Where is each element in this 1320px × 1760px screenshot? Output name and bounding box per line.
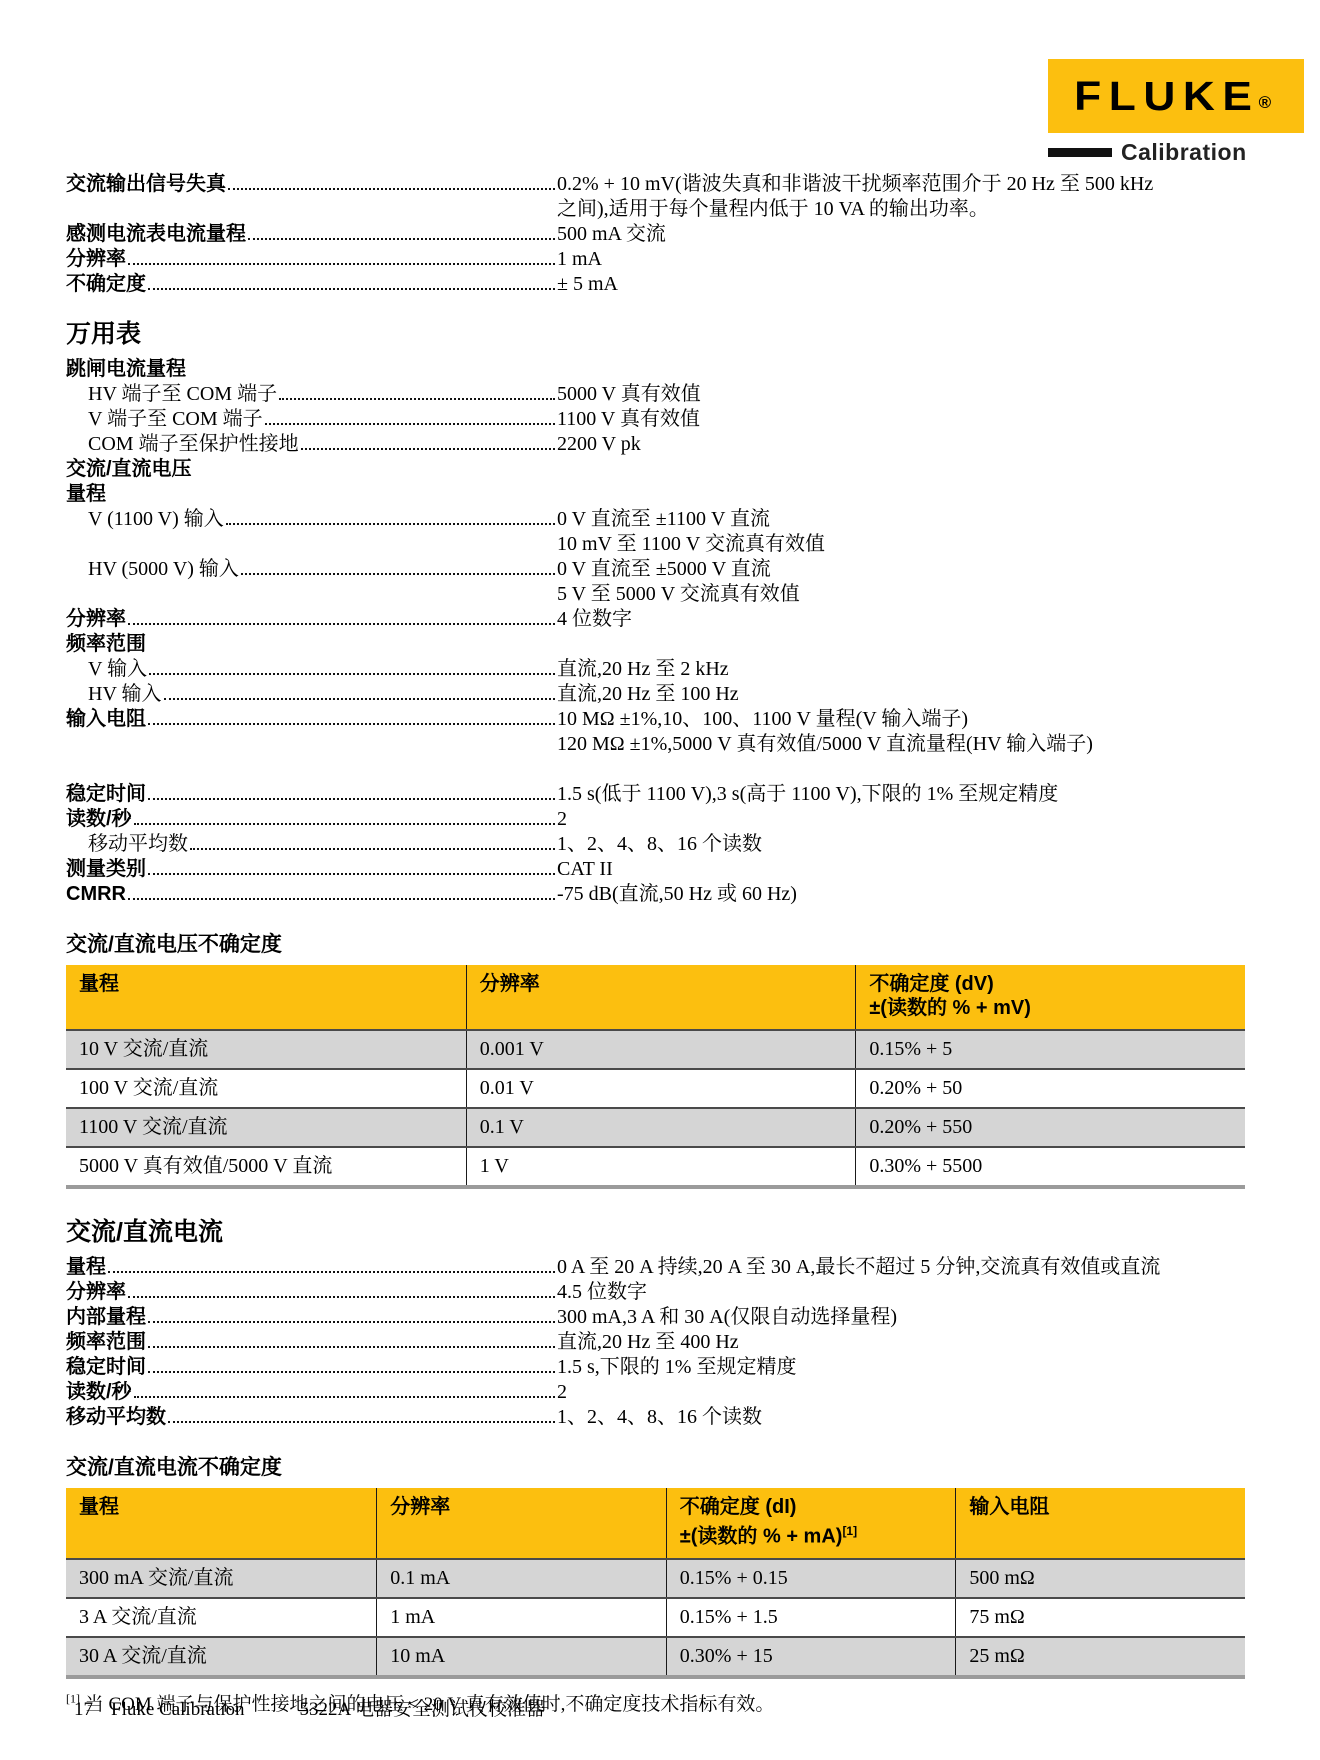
spec-label-lead: 分辨率: [66, 247, 557, 272]
spec-label: 交流输出信号失真: [66, 172, 226, 197]
table-body: 300 mA 交流/直流0.1 mA0.15% + 0.15500 mΩ3 A …: [66, 1559, 1245, 1677]
spec-row: 量程: [66, 482, 1256, 507]
spec-label: 移动平均数: [66, 832, 188, 857]
spec-values: 5000 V 真有效值: [557, 382, 1256, 407]
spec-label-lead: V (1100 V) 输入: [66, 507, 557, 557]
table-head: 量程分辨率不确定度 (dI)±(读数的 % + mA)[1]输入电阻: [66, 1488, 1245, 1559]
voltage-uncertainty-table: 量程分辨率不确定度 (dV)±(读数的 % + mV)10 V 交流/直流0.0…: [66, 965, 1245, 1189]
table-row: 10 V 交流/直流0.001 V0.15% + 5: [66, 1030, 1245, 1069]
spec-label-lead: 分辨率: [66, 1280, 557, 1305]
spec-label: 读数/秒: [66, 1380, 132, 1405]
table-caption-current: 交流/直流电流不确定度: [66, 1456, 1256, 1480]
spec-label: V 端子至 COM 端子: [66, 407, 263, 432]
table-cell: 25 mΩ: [956, 1637, 1245, 1677]
spec-label-lead: 交流输出信号失真: [66, 172, 557, 222]
spec-row: 稳定时间1.5 s(低于 1100 V),3 s(高于 1100 V),下限的 …: [66, 782, 1256, 807]
spec-section-multimeter: 跳闸电流量程HV 端子至 COM 端子5000 V 真有效值V 端子至 COM …: [66, 357, 1256, 907]
spec-value: 2: [557, 1380, 1256, 1405]
spec-values: 直流,20 Hz 至 400 Hz: [557, 1330, 1256, 1355]
spec-value: 120 MΩ ±1%,5000 V 真有效值/5000 V 直流量程(HV 输入…: [557, 732, 1256, 757]
spec-label: V (1100 V) 输入: [66, 507, 224, 532]
spec-values: 1 mA: [557, 247, 1256, 272]
spec-row: 量程0 A 至 20 A 持续,20 A 至 30 A,最长不超过 5 分钟,交…: [66, 1255, 1256, 1280]
spec-value: 10 mV 至 1100 V 交流真有效值: [557, 532, 1256, 557]
dot-leader: [190, 848, 555, 850]
header-line: 分辨率: [480, 972, 843, 996]
spec-row: HV (5000 V) 输入0 V 直流至 ±5000 V 直流5 V 至 50…: [66, 557, 1256, 607]
spec-value: 5000 V 真有效值: [557, 382, 1256, 407]
spec-label: 分辨率: [66, 247, 126, 272]
header-line: 不确定度 (dI): [680, 1495, 943, 1519]
table-header-cell: 不确定度 (dI)±(读数的 % + mA)[1]: [666, 1488, 956, 1559]
spec-value: 5 V 至 5000 V 交流真有效值: [557, 582, 1256, 607]
spec-row: 交流输出信号失真0.2% + 10 mV(谐波失真和非谐波干扰频率范围介于 20…: [66, 172, 1256, 222]
dot-leader: [148, 288, 555, 290]
section-heading-current: 交流/直流电流: [66, 1219, 1256, 1245]
spec-label: HV 端子至 COM 端子: [66, 382, 277, 407]
spec-row: CMRR-75 dB(直流,50 Hz 或 60 Hz): [66, 882, 1256, 907]
table-cell: 0.30% + 15: [666, 1637, 956, 1677]
spec-label: 跳闸电流量程: [66, 357, 186, 382]
spec-values: 0 V 直流至 ±5000 V 直流5 V 至 5000 V 交流真有效值: [557, 557, 1256, 607]
table-cell: 10 V 交流/直流: [66, 1030, 466, 1069]
table-cell: 75 mΩ: [956, 1598, 1245, 1637]
spec-values: 4 位数字: [557, 607, 1256, 632]
dot-leader: [108, 1271, 555, 1273]
dot-leader: [148, 873, 555, 875]
spec-label: V 输入: [66, 657, 147, 682]
spec-label-lead: 感测电流表电流量程: [66, 222, 557, 247]
header-line: 量程: [79, 1495, 363, 1519]
spec-row: HV 端子至 COM 端子5000 V 真有效值: [66, 382, 1256, 407]
table-cell: 100 V 交流/直流: [66, 1069, 466, 1108]
spec-label-lead: 不确定度: [66, 272, 557, 297]
spec-label: HV 输入: [66, 682, 162, 707]
table-cell: 0.15% + 0.15: [666, 1559, 956, 1598]
spec-row: 读数/秒 2: [66, 807, 1256, 832]
table-header-cell: 输入电阻: [956, 1488, 1245, 1559]
spec-value: 4 位数字: [557, 607, 1256, 632]
spec-label-lead: HV (5000 V) 输入: [66, 557, 557, 607]
spec-label-lead: 稳定时间: [66, 1355, 557, 1380]
spec-values: 1.5 s,下限的 1% 至规定精度: [557, 1355, 1256, 1380]
spec-label-lead: 测量类别: [66, 857, 557, 882]
spec-label-lead: 量程: [66, 1255, 557, 1280]
spec-value: 1.5 s(低于 1100 V),3 s(高于 1100 V),下限的 1% 至…: [557, 782, 1256, 807]
spec-values: 0 A 至 20 A 持续,20 A 至 30 A,最长不超过 5 分钟,交流真…: [557, 1255, 1256, 1280]
spec-label-lead: 稳定时间: [66, 782, 557, 807]
dot-leader: [301, 448, 555, 450]
fluke-logo-box: FLUKE ®: [1048, 59, 1304, 133]
fluke-logo: FLUKE ® Calibration: [1048, 59, 1304, 166]
table-cell: 10 mA: [377, 1637, 667, 1677]
spec-label-lead: 量程: [66, 482, 557, 507]
content: 交流输出信号失真0.2% + 10 mV(谐波失真和非谐波干扰频率范围介于 20…: [66, 172, 1256, 1716]
spec-label: 量程: [66, 482, 106, 507]
dot-leader: [134, 1396, 555, 1398]
dot-leader: [241, 573, 555, 575]
table-header-cell: 分辨率: [466, 965, 856, 1030]
dot-leader: [128, 263, 555, 265]
spec-values: 300 mA,3 A 和 30 A(仅限自动选择量程): [557, 1305, 1256, 1330]
spec-values: 2: [557, 1380, 1256, 1405]
spec-label-lead: 内部量程: [66, 1305, 557, 1330]
spec-value: 300 mA,3 A 和 30 A(仅限自动选择量程): [557, 1305, 1256, 1330]
spec-value: 2: [557, 807, 1256, 832]
table-cell: 5000 V 真有效值/5000 V 直流: [66, 1147, 466, 1187]
dot-leader: [128, 898, 555, 900]
spec-row: V 端子至 COM 端子 1100 V 真有效值: [66, 407, 1256, 432]
table-cell: 0.20% + 550: [856, 1108, 1245, 1147]
table-row: 1100 V 交流/直流0.1 V0.20% + 550: [66, 1108, 1245, 1147]
spec-row: 稳定时间1.5 s,下限的 1% 至规定精度: [66, 1355, 1256, 1380]
dot-leader: [279, 398, 555, 400]
spec-label: 内部量程: [66, 1305, 146, 1330]
spec-label: 稳定时间: [66, 1355, 146, 1380]
spec-label-lead: 交流/直流电压: [66, 457, 557, 482]
header-line: 不确定度 (dV): [869, 972, 1232, 996]
spec-label-lead: 读数/秒: [66, 807, 557, 832]
table-header-cell: 量程: [66, 965, 466, 1030]
spec-label-lead: 跳闸电流量程: [66, 357, 557, 382]
spec-row: 频率范围直流,20 Hz 至 400 Hz: [66, 1330, 1256, 1355]
spec-value: 500 mA 交流: [557, 222, 1256, 247]
fluke-logo-subline: Calibration: [1048, 139, 1304, 166]
table-cell: 1 mA: [377, 1598, 667, 1637]
spec-values: CAT II: [557, 857, 1256, 882]
spec-values: 10 MΩ ±1%,10、100、1100 V 量程(V 输入端子)120 MΩ…: [557, 707, 1256, 757]
spec-values: 直流,20 Hz 至 100 Hz: [557, 682, 1256, 707]
spec-value: 直流,20 Hz 至 2 kHz: [557, 657, 1256, 682]
header-line: 输入电阻: [969, 1495, 1232, 1519]
spec-values: 0.2% + 10 mV(谐波失真和非谐波干扰频率范围介于 20 Hz 至 50…: [557, 172, 1256, 222]
spec-values: 2: [557, 807, 1256, 832]
spec-label-lead: 分辨率: [66, 607, 557, 632]
table-cell: 0.15% + 5: [856, 1030, 1245, 1069]
current-uncertainty-table: 量程分辨率不确定度 (dI)±(读数的 % + mA)[1]输入电阻300 mA…: [66, 1488, 1245, 1679]
spec-values: 2200 V pk: [557, 432, 1256, 457]
spec-values: 500 mA 交流: [557, 222, 1256, 247]
spec-label-lead: 移动平均数: [66, 1405, 557, 1430]
table-header-row: 量程分辨率不确定度 (dV)±(读数的 % + mV): [66, 965, 1245, 1030]
dot-leader: [148, 1346, 555, 1348]
spec-value: -75 dB(直流,50 Hz 或 60 Hz): [557, 882, 1256, 907]
spec-row: 分辨率4.5 位数字: [66, 1280, 1256, 1305]
spec-label: 感测电流表电流量程: [66, 222, 246, 247]
spec-label-lead: HV 输入: [66, 682, 557, 707]
spec-label-lead: COM 端子至保护性接地: [66, 432, 557, 457]
spec-row: 内部量程300 mA,3 A 和 30 A(仅限自动选择量程): [66, 1305, 1256, 1330]
spec-value: 1.5 s,下限的 1% 至规定精度: [557, 1355, 1256, 1380]
header-line: ±(读数的 % + mV): [869, 996, 1232, 1020]
spec-value: 1100 V 真有效值: [557, 407, 1256, 432]
spec-value: 0.2% + 10 mV(谐波失真和非谐波干扰频率范围介于 20 Hz 至 50…: [557, 172, 1256, 197]
spec-value: 1、2、4、8、16 个读数: [557, 832, 1256, 857]
spec-row: 移动平均数1、2、4、8、16 个读数: [66, 1405, 1256, 1430]
spec-value: 0 A 至 20 A 持续,20 A 至 30 A,最长不超过 5 分钟,交流真…: [557, 1255, 1256, 1280]
dot-leader: [248, 238, 555, 240]
table-row: 30 A 交流/直流10 mA0.30% + 1525 mΩ: [66, 1637, 1245, 1677]
spec-row: 频率范围: [66, 632, 1256, 657]
spec-label: HV (5000 V) 输入: [66, 557, 239, 582]
spec-value: CAT II: [557, 857, 1256, 882]
dot-leader: [149, 673, 555, 675]
footer: 17Fluke Calibration5322A 电器安全测试仪校准器: [74, 1694, 545, 1721]
calibration-label: Calibration: [1121, 139, 1247, 166]
spec-row: 测量类别CAT II: [66, 857, 1256, 882]
table-row: 100 V 交流/直流0.01 V0.20% + 50: [66, 1069, 1245, 1108]
section-heading-multimeter: 万用表: [66, 321, 1256, 347]
table-cell: 0.01 V: [466, 1069, 856, 1108]
table-row: 3 A 交流/直流1 mA0.15% + 1.575 mΩ: [66, 1598, 1245, 1637]
spec-values: 1、2、4、8、16 个读数: [557, 1405, 1256, 1430]
spec-label: 频率范围: [66, 1330, 146, 1355]
spec-label-lead: HV 端子至 COM 端子: [66, 382, 557, 407]
table-cell: 30 A 交流/直流: [66, 1637, 377, 1677]
spec-values: [557, 482, 1256, 507]
spec-label-lead: 读数/秒: [66, 1380, 557, 1405]
table-cell: 0.001 V: [466, 1030, 856, 1069]
dot-leader: [134, 823, 555, 825]
spec-label-lead: 输入电阻: [66, 707, 557, 757]
header-line: ±(读数的 % + mA)[1]: [680, 1519, 943, 1549]
table-cell: 0.15% + 1.5: [666, 1598, 956, 1637]
spec-label: 交流/直流电压: [66, 457, 192, 482]
spec-row: 读数/秒 2: [66, 1380, 1256, 1405]
header-line: 量程: [79, 972, 453, 996]
table-cell: 300 mA 交流/直流: [66, 1559, 377, 1598]
spec-label-lead: V 端子至 COM 端子: [66, 407, 557, 432]
spec-label-lead: CMRR: [66, 882, 557, 907]
table-cell: 0.30% + 5500: [856, 1147, 1245, 1187]
dot-leader: [148, 1321, 555, 1323]
dot-leader: [265, 423, 555, 425]
header-line: 分辨率: [390, 1495, 653, 1519]
spec-values: 1.5 s(低于 1100 V),3 s(高于 1100 V),下限的 1% 至…: [557, 782, 1256, 807]
spec-value: 2200 V pk: [557, 432, 1256, 457]
spec-label: 分辨率: [66, 1280, 126, 1305]
spec-section-output: 交流输出信号失真0.2% + 10 mV(谐波失真和非谐波干扰频率范围介于 20…: [66, 172, 1256, 297]
spec-values: 1、2、4、8、16 个读数: [557, 832, 1256, 857]
spec-row: COM 端子至保护性接地 2200 V pk: [66, 432, 1256, 457]
spec-value: 直流,20 Hz 至 400 Hz: [557, 1330, 1256, 1355]
fluke-wordmark: FLUKE: [1074, 76, 1259, 117]
footer-brand: Fluke Calibration: [111, 1699, 245, 1720]
dot-leader: [148, 1371, 555, 1373]
spec-value: 10 MΩ ±1%,10、100、1100 V 量程(V 输入端子): [557, 707, 1256, 732]
dot-leader: [164, 698, 555, 700]
spec-label: 量程: [66, 1255, 106, 1280]
spec-row: 感测电流表电流量程500 mA 交流: [66, 222, 1256, 247]
spec-label-lead: 移动平均数: [66, 832, 557, 857]
spec-row: V (1100 V) 输入0 V 直流至 ±1100 V 直流10 mV 至 1…: [66, 507, 1256, 557]
spec-values: [557, 632, 1256, 657]
spec-label: CMRR: [66, 882, 126, 907]
table-header-cell: 量程: [66, 1488, 377, 1559]
spec-values: 4.5 位数字: [557, 1280, 1256, 1305]
footer-product: 5322A 电器安全测试仪校准器: [300, 1699, 545, 1720]
spec-label: 分辨率: [66, 607, 126, 632]
table-header-cell: 不确定度 (dV)±(读数的 % + mV): [856, 965, 1245, 1030]
spec-row: HV 输入 直流,20 Hz 至 100 Hz: [66, 682, 1256, 707]
spec-label: 不确定度: [66, 272, 146, 297]
spec-label: 输入电阻: [66, 707, 146, 732]
spec-label: 移动平均数: [66, 1405, 166, 1430]
table-cell: 0.1 V: [466, 1108, 856, 1147]
table-body: 10 V 交流/直流0.001 V0.15% + 5100 V 交流/直流0.0…: [66, 1030, 1245, 1187]
spec-row: 交流/直流电压: [66, 457, 1256, 482]
spec-row: 跳闸电流量程: [66, 357, 1256, 382]
registered-mark-icon: ®: [1259, 93, 1272, 113]
spec-row: 不确定度± 5 mA: [66, 272, 1256, 297]
spec-values: [557, 457, 1256, 482]
table-header-cell: 分辨率: [377, 1488, 667, 1559]
spec-values: -75 dB(直流,50 Hz 或 60 Hz): [557, 882, 1256, 907]
spec-row: 分辨率1 mA: [66, 247, 1256, 272]
dot-leader: [226, 523, 555, 525]
table-cell: 3 A 交流/直流: [66, 1598, 377, 1637]
spec-label-lead: 频率范围: [66, 1330, 557, 1355]
spec-value: ± 5 mA: [557, 272, 1256, 297]
table-head: 量程分辨率不确定度 (dV)±(读数的 % + mV): [66, 965, 1245, 1030]
page: FLUKE ® Calibration 交流输出信号失真0.2% + 10 mV…: [0, 0, 1320, 1760]
spec-values: [557, 357, 1256, 382]
spec-row: 输入电阻10 MΩ ±1%,10、100、1100 V 量程(V 输入端子)12…: [66, 707, 1256, 757]
spec-value: 0 V 直流至 ±1100 V 直流: [557, 507, 1256, 532]
table-row: 300 mA 交流/直流0.1 mA0.15% + 0.15500 mΩ: [66, 1559, 1245, 1598]
spec-label-lead: V 输入: [66, 657, 557, 682]
spec-values: 直流,20 Hz 至 2 kHz: [557, 657, 1256, 682]
spec-label: 频率范围: [66, 632, 146, 657]
table-cell: 0.20% + 50: [856, 1069, 1245, 1108]
spec-values: 1100 V 真有效值: [557, 407, 1256, 432]
spec-label: COM 端子至保护性接地: [66, 432, 299, 457]
spec-value: 1、2、4、8、16 个读数: [557, 1405, 1256, 1430]
logo-bar: [1048, 148, 1112, 157]
spec-row: V 输入直流,20 Hz 至 2 kHz: [66, 657, 1256, 682]
table-caption-voltage: 交流/直流电压不确定度: [66, 933, 1256, 957]
spec-values: 0 V 直流至 ±1100 V 直流10 mV 至 1100 V 交流真有效值: [557, 507, 1256, 557]
spec-row: 分辨率4 位数字: [66, 607, 1256, 632]
dot-leader: [148, 798, 555, 800]
spec-values: ± 5 mA: [557, 272, 1256, 297]
spec-value: 直流,20 Hz 至 100 Hz: [557, 682, 1256, 707]
spec-label: 读数/秒: [66, 807, 132, 832]
spec-label-lead: 频率范围: [66, 632, 557, 657]
spec-section-current: 量程0 A 至 20 A 持续,20 A 至 30 A,最长不超过 5 分钟,交…: [66, 1255, 1256, 1430]
dot-leader: [128, 623, 555, 625]
spec-value: 之间),适用于每个量程内低于 10 VA 的输出功率。: [557, 197, 1256, 222]
dot-leader: [128, 1296, 555, 1298]
table-cell: 1100 V 交流/直流: [66, 1108, 466, 1147]
spec-value: 1 mA: [557, 247, 1256, 272]
spec-label: 稳定时间: [66, 782, 146, 807]
spec-label: 测量类别: [66, 857, 146, 882]
dot-leader: [228, 188, 555, 190]
spec-row: 移动平均数 1、2、4、8、16 个读数: [66, 832, 1256, 857]
spec-value: 4.5 位数字: [557, 1280, 1256, 1305]
table-header-row: 量程分辨率不确定度 (dI)±(读数的 % + mA)[1]输入电阻: [66, 1488, 1245, 1559]
header-footnote-ref: [1]: [842, 1524, 857, 1538]
table-cell: 0.1 mA: [377, 1559, 667, 1598]
page-number: 17: [74, 1699, 93, 1720]
table-row: 5000 V 真有效值/5000 V 直流1 V0.30% + 5500: [66, 1147, 1245, 1187]
dot-leader: [148, 723, 555, 725]
table-cell: 500 mΩ: [956, 1559, 1245, 1598]
dot-leader: [168, 1421, 555, 1423]
spec-value: 0 V 直流至 ±5000 V 直流: [557, 557, 1256, 582]
table-cell: 1 V: [466, 1147, 856, 1187]
